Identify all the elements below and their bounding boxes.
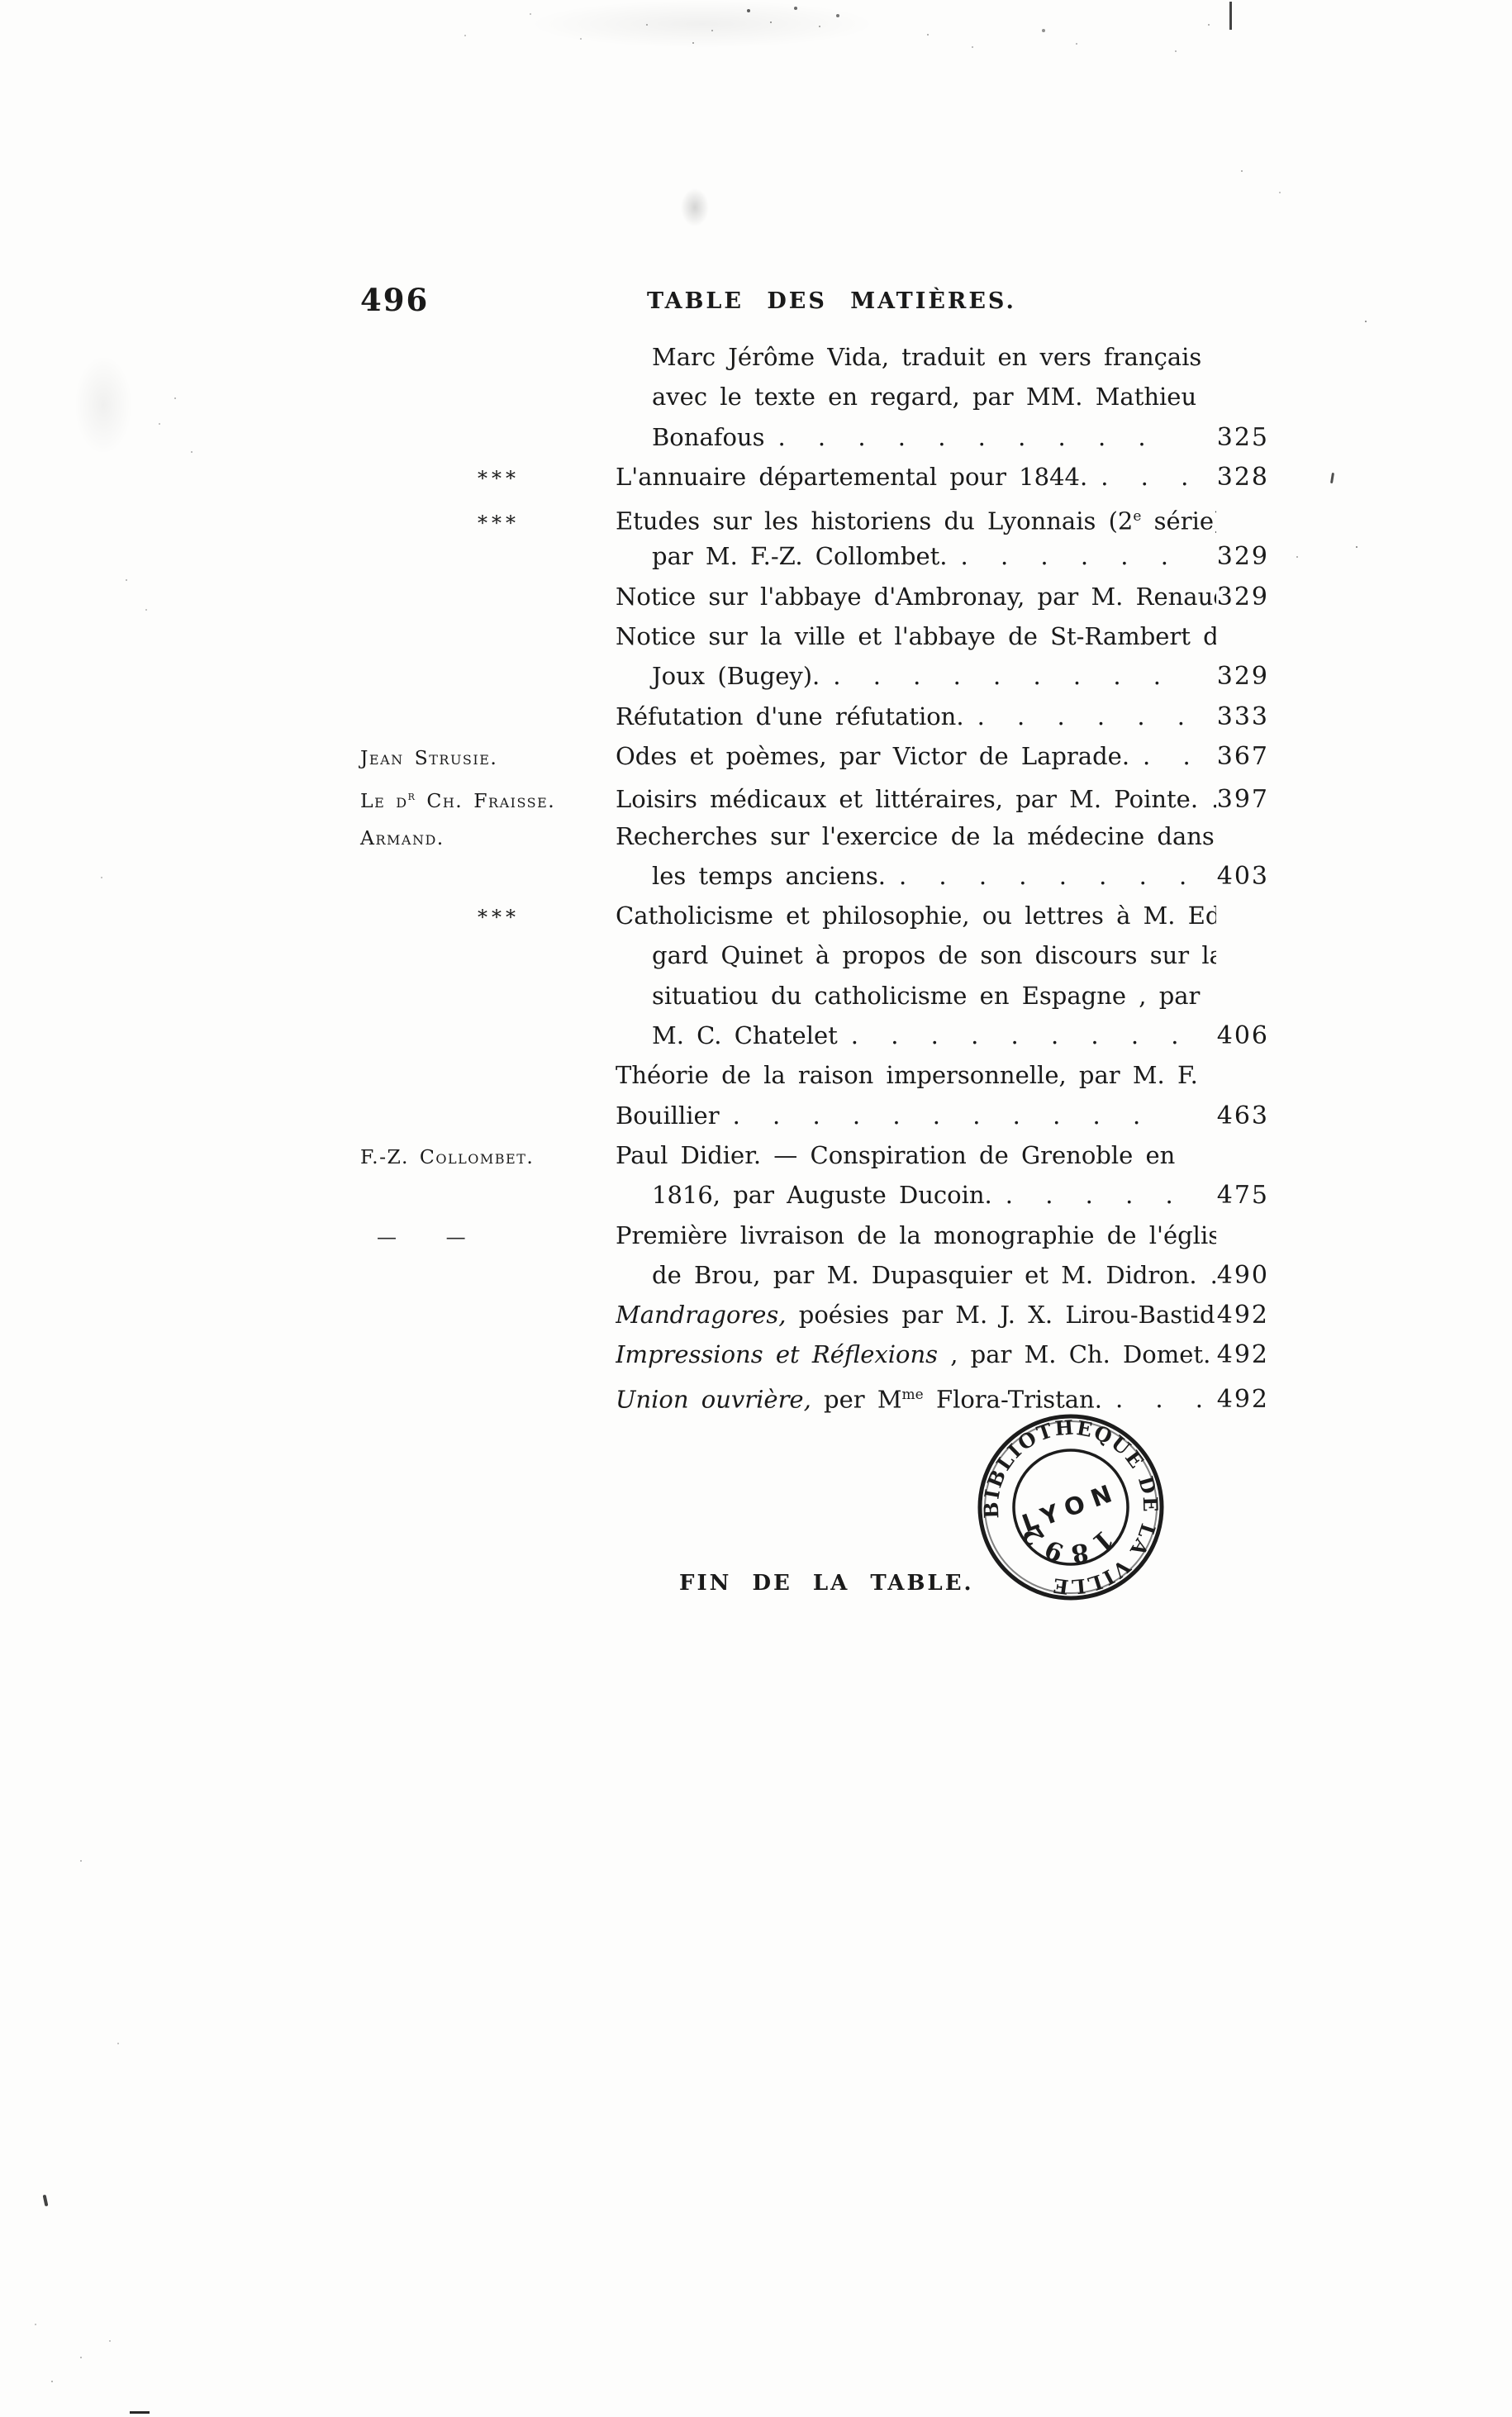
toc-line: avec le texte en regard, par MM. Mathieu bbox=[347, 377, 1269, 416]
ditto-marker: — — bbox=[347, 1217, 487, 1257]
entry-text: situatiou du catholicisme en Espagne , p… bbox=[616, 976, 1216, 1016]
page-ref: 397 bbox=[1216, 780, 1269, 820]
toc-line: 1816, par Auguste Ducoin.. . . . .475 bbox=[347, 1175, 1269, 1215]
book-page: 496 TABLE DES MATIÈRES. Marc Jérôme Vida… bbox=[0, 0, 1512, 2417]
left-column-cell: *** bbox=[347, 897, 616, 937]
left-column-cell: — — bbox=[347, 1217, 616, 1257]
scan-artifact-mark bbox=[43, 2195, 49, 2207]
stamp-city: LYON bbox=[1018, 1477, 1123, 1538]
page-ref: 329 bbox=[1216, 657, 1269, 697]
page-ref: 475 bbox=[1216, 1176, 1269, 1216]
dot-leader: . . . . . bbox=[1006, 1181, 1173, 1209]
entry-text: Marc Jérôme Vida, traduit en vers frança… bbox=[616, 337, 1216, 377]
page-ref: 490 bbox=[1216, 1256, 1269, 1296]
entry-text: 1816, par Auguste Ducoin.. . . . . bbox=[616, 1175, 1216, 1215]
toc-line: — —Première livraison de la monographie … bbox=[347, 1216, 1269, 1255]
entry-text: Etudes sur les historiens du Lyonnais (2… bbox=[616, 497, 1216, 541]
entry-text: Loisirs médicaux et littéraires, par M. … bbox=[616, 779, 1216, 819]
scan-artifact-tick bbox=[1229, 2, 1232, 30]
page-ref: 406 bbox=[1216, 1016, 1269, 1056]
toc-line: ***Etudes sur les historiens du Lyonnais… bbox=[347, 497, 1269, 536]
page-ref: 492 bbox=[1216, 1335, 1269, 1375]
entry-text: avec le texte en regard, par MM. Mathieu bbox=[616, 377, 1216, 416]
entry-text: de Brou, par M. Dupasquier et M. Didron.… bbox=[616, 1255, 1216, 1295]
entry-text: Impressions et Réflexions , par M. Ch. D… bbox=[616, 1335, 1216, 1374]
dot-leader: . . . bbox=[1101, 463, 1188, 491]
toc-line: de Brou, par M. Dupasquier et M. Didron.… bbox=[347, 1255, 1269, 1295]
toc-line: Théorie de la raison impersonnelle, par … bbox=[347, 1055, 1269, 1095]
dot-leader: . . bbox=[1143, 742, 1191, 770]
stars-marker: *** bbox=[478, 503, 520, 543]
toc-line: ***Catholicisme et philosophie, ou lettr… bbox=[347, 896, 1269, 935]
page-ref: 492 bbox=[1216, 1296, 1269, 1335]
scan-artifact-line bbox=[130, 2411, 150, 2414]
page-ref: 463 bbox=[1216, 1097, 1269, 1136]
author-name: Jean Strusie. bbox=[347, 738, 497, 778]
author-name: Le dr Ch. Fraisse. bbox=[347, 776, 555, 821]
scan-smudge bbox=[529, 0, 876, 48]
page-ref: 328 bbox=[1216, 458, 1269, 497]
toc-line: Impressions et Réflexions , par M. Ch. D… bbox=[347, 1335, 1269, 1374]
toc-line: Marc Jérôme Vida, traduit en vers frança… bbox=[347, 337, 1269, 377]
left-column-cell: Le dr Ch. Fraisse. bbox=[347, 776, 616, 821]
page-ref: 403 bbox=[1216, 857, 1269, 897]
page-ref: 325 bbox=[1216, 418, 1269, 458]
left-column-cell: *** bbox=[347, 459, 616, 498]
entry-text: Bonafous. . . . . . . . . . bbox=[616, 417, 1216, 457]
entry-text: gard Quinet à propos de son discours sur… bbox=[616, 935, 1216, 975]
dot-leader: . . . . . . bbox=[977, 702, 1185, 730]
page-title: TABLE DES MATIÈRES. bbox=[647, 288, 1016, 314]
folio-page-number: 496 bbox=[360, 282, 429, 318]
dot-leader: . . . . . . . . . . bbox=[778, 423, 1146, 451]
toc-line: Réfutation d'une réfutation.. . . . . .3… bbox=[347, 697, 1269, 736]
entry-text: M. C. Chatelet. . . . . . . . . bbox=[616, 1016, 1216, 1055]
table-of-contents: Marc Jérôme Vida, traduit en vers frança… bbox=[347, 337, 1269, 1415]
entry-text: Bouillier. . . . . . . . . . . bbox=[616, 1096, 1216, 1135]
toc-line: Mandragores, poésies par M. J. X. Lirou-… bbox=[347, 1295, 1269, 1335]
entry-text: L'annuaire départemental pour 1844.. . . bbox=[616, 457, 1216, 497]
entry-text: Notice sur la ville et l'abbaye de St-Ra… bbox=[616, 616, 1216, 656]
page-ref: 333 bbox=[1216, 697, 1269, 737]
dot-leader: . bbox=[1210, 1261, 1216, 1289]
scan-noise-speckles bbox=[0, 0, 2, 2]
toc-line: ***L'annuaire départemental pour 1844.. … bbox=[347, 457, 1269, 497]
entry-text: Réfutation d'une réfutation.. . . . . . bbox=[616, 697, 1216, 736]
toc-line: gard Quinet à propos de son discours sur… bbox=[347, 935, 1269, 975]
entry-text: les temps anciens.. . . . . . . . bbox=[616, 856, 1216, 896]
dot-leader: . . . . . . . . bbox=[899, 862, 1186, 890]
left-column-cell: F.-Z. Collombet. bbox=[347, 1137, 616, 1177]
page-ref: 329 bbox=[1216, 578, 1269, 617]
entry-text: Joux (Bugey).. . . . . . . . . bbox=[616, 656, 1216, 696]
page-ref: 492 bbox=[1216, 1380, 1269, 1420]
toc-line: les temps anciens.. . . . . . . .403 bbox=[347, 856, 1269, 896]
toc-line: Bonafous. . . . . . . . . .325 bbox=[347, 417, 1269, 457]
scan-smudge bbox=[681, 188, 709, 226]
entry-text: Première livraison de la monographie de … bbox=[616, 1216, 1216, 1255]
left-column-cell: Jean Strusie. bbox=[347, 738, 616, 778]
toc-line: Le dr Ch. Fraisse.Loisirs médicaux et li… bbox=[347, 776, 1269, 816]
scan-smudge bbox=[74, 355, 132, 454]
entry-text: par M. F.-Z. Collombet.. . . . . . bbox=[616, 536, 1216, 576]
toc-line: M. C. Chatelet. . . . . . . . .406 bbox=[347, 1016, 1269, 1055]
toc-line: Notice sur la ville et l'abbaye de St-Ra… bbox=[347, 616, 1269, 656]
stars-marker: *** bbox=[478, 459, 520, 498]
entry-text: Recherches sur l'exercice de la médecine… bbox=[616, 816, 1216, 856]
entry-text: Paul Didier. — Conspiration de Grenoble … bbox=[616, 1135, 1216, 1175]
toc-line: Notice sur l'abbaye d'Ambronay, par M. R… bbox=[347, 577, 1269, 616]
toc-line: Jean Strusie.Odes et poèmes, par Victor … bbox=[347, 736, 1269, 776]
toc-line: F.-Z. Collombet.Paul Didier. — Conspirat… bbox=[347, 1135, 1269, 1175]
entry-text: Théorie de la raison impersonnelle, par … bbox=[616, 1055, 1216, 1095]
page-ref: 329 bbox=[1216, 537, 1269, 577]
toc-line: Joux (Bugey).. . . . . . . . .329 bbox=[347, 656, 1269, 696]
entry-text: Catholicisme et philosophie, ou lettres … bbox=[616, 896, 1216, 935]
toc-line: Bouillier. . . . . . . . . . .463 bbox=[347, 1096, 1269, 1135]
stars-marker: *** bbox=[478, 897, 520, 937]
dot-leader: . . . . . . bbox=[961, 542, 1168, 570]
author-name: F.-Z. Collombet. bbox=[347, 1137, 534, 1177]
left-column-cell: Armand. bbox=[347, 818, 616, 858]
left-column-cell: *** bbox=[347, 503, 616, 543]
entry-text: Odes et poèmes, par Victor de Laprade.. … bbox=[616, 736, 1216, 776]
library-stamp-icon: BIBLIOTHÈQUE DE LA VILLE 1892 LYON bbox=[940, 1398, 1213, 1679]
page-ref: 367 bbox=[1216, 737, 1269, 777]
author-name: Armand. bbox=[347, 818, 445, 858]
toc-line: Armand.Recherches sur l'exercice de la m… bbox=[347, 816, 1269, 856]
toc-line: situatiou du catholicisme en Espagne , p… bbox=[347, 976, 1269, 1016]
dot-leader: . . . . . . . . . . . bbox=[733, 1101, 1141, 1130]
table-end-label: FIN DE LA TABLE. bbox=[679, 1571, 974, 1596]
entry-text: Notice sur l'abbaye d'Ambronay, par M. R… bbox=[616, 577, 1216, 616]
dot-leader: . . . . . . . . . bbox=[833, 662, 1161, 690]
entry-text: Mandragores, poésies par M. J. X. Lirou-… bbox=[616, 1295, 1216, 1335]
scan-artifact-tick bbox=[1330, 473, 1334, 483]
dot-leader: . . . . . . . . . bbox=[851, 1021, 1179, 1049]
